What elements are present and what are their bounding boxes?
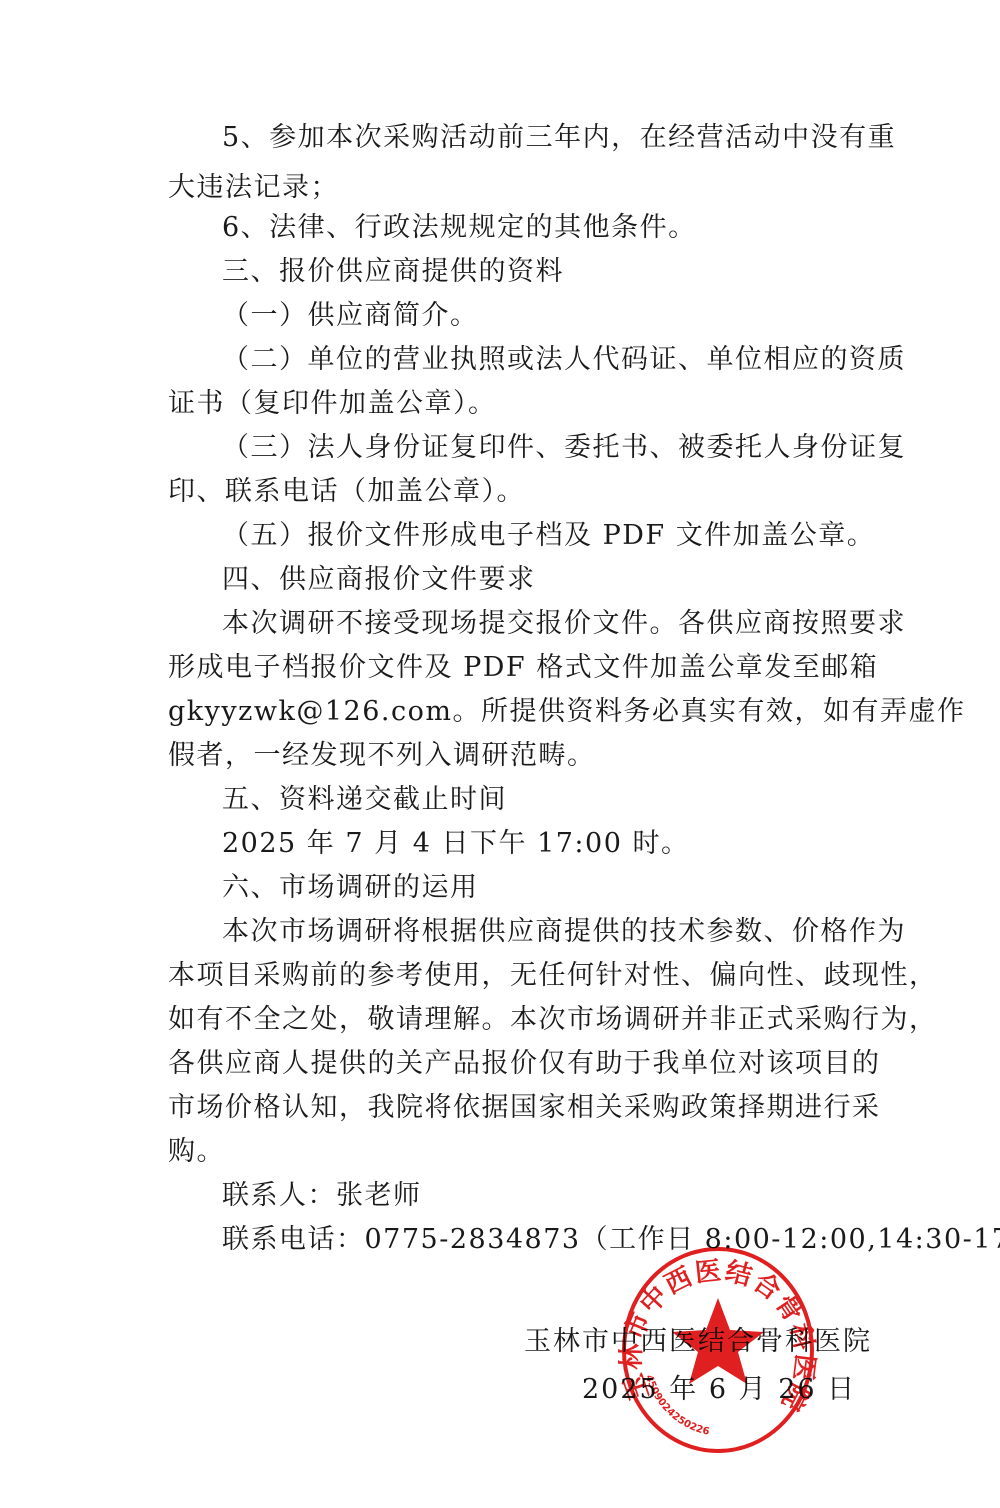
item-5-line-2: 大违法记录； bbox=[168, 168, 339, 208]
section-3-item-1: （一）供应商简介。 bbox=[222, 296, 479, 336]
contact-person: 联系人：张老师 bbox=[222, 1176, 422, 1216]
section-3-heading: 三、报价供应商提供的资料 bbox=[222, 252, 564, 292]
item-6: 6、法律、行政法规规定的其他条件。 bbox=[222, 208, 697, 248]
item-5-line-1: 5、参加本次采购活动前三年内，在经营活动中没有重 bbox=[222, 118, 896, 158]
section-3-item-2-line-1: （二）单位的营业执照或法人代码证、单位相应的资质 bbox=[222, 340, 906, 380]
signature-date: 2025 年 6 月 26 日 bbox=[582, 1370, 856, 1410]
section-6-para-line-3: 如有不全之处，敬请理解。本次市场调研并非正式采购行为， bbox=[168, 1000, 938, 1040]
section-3-item-3-line-1: （三）法人身份证复印件、委托书、被委托人身份证复 bbox=[222, 428, 906, 468]
section-5-heading: 五、资料递交截止时间 bbox=[222, 780, 507, 820]
section-6-heading: 六、市场调研的运用 bbox=[222, 868, 479, 908]
document-page: 5、参加本次采购活动前三年内，在经营活动中没有重 大违法记录； 6、法律、行政法… bbox=[0, 0, 1000, 1508]
section-4-heading: 四、供应商报价文件要求 bbox=[222, 560, 536, 600]
section-6-para-line-2: 本项目采购前的参考使用，无任何针对性、偏向性、歧现性， bbox=[168, 956, 938, 996]
section-4-para-line-1: 本次调研不接受现场提交报价文件。各供应商按照要求 bbox=[222, 604, 906, 644]
section-4-para-line-4: 假者，一经发现不列入调研范畴。 bbox=[168, 736, 596, 776]
section-6-para-line-1: 本次市场调研将根据供应商提供的技术参数、价格作为 bbox=[222, 912, 906, 952]
signature-organization: 玉林市中西医结合骨科医院 bbox=[524, 1322, 872, 1362]
section-3-item-3-line-2: 印、联系电话（加盖公章）。 bbox=[168, 472, 525, 512]
section-6-para-line-6: 购。 bbox=[168, 1132, 225, 1172]
section-4-para-line-2: 形成电子档报价文件及 PDF 格式文件加盖公章发至邮箱 bbox=[168, 648, 878, 688]
contact-phone: 联系电话：0775-2834873（工作日 8:00-12:00,14:30-1… bbox=[222, 1220, 1000, 1260]
section-6-para-line-5: 市场价格认知，我院将依据国家相关采购政策择期进行采 bbox=[168, 1088, 881, 1128]
deadline-text: 2025 年 7 月 4 日下午 17:00 时。 bbox=[222, 824, 689, 864]
section-6-para-line-4: 各供应商人提供的关产品报价仅有助于我单位对该项目的 bbox=[168, 1044, 881, 1084]
section-3-item-5: （五）报价文件形成电子档及 PDF 文件加盖公章。 bbox=[222, 516, 875, 556]
section-3-item-2-line-2: 证书（复印件加盖公章）。 bbox=[168, 384, 497, 424]
section-4-para-line-3: gkyyzwk@126.com。所提供资料务必真实有效，如有弄虚作 bbox=[168, 692, 965, 732]
